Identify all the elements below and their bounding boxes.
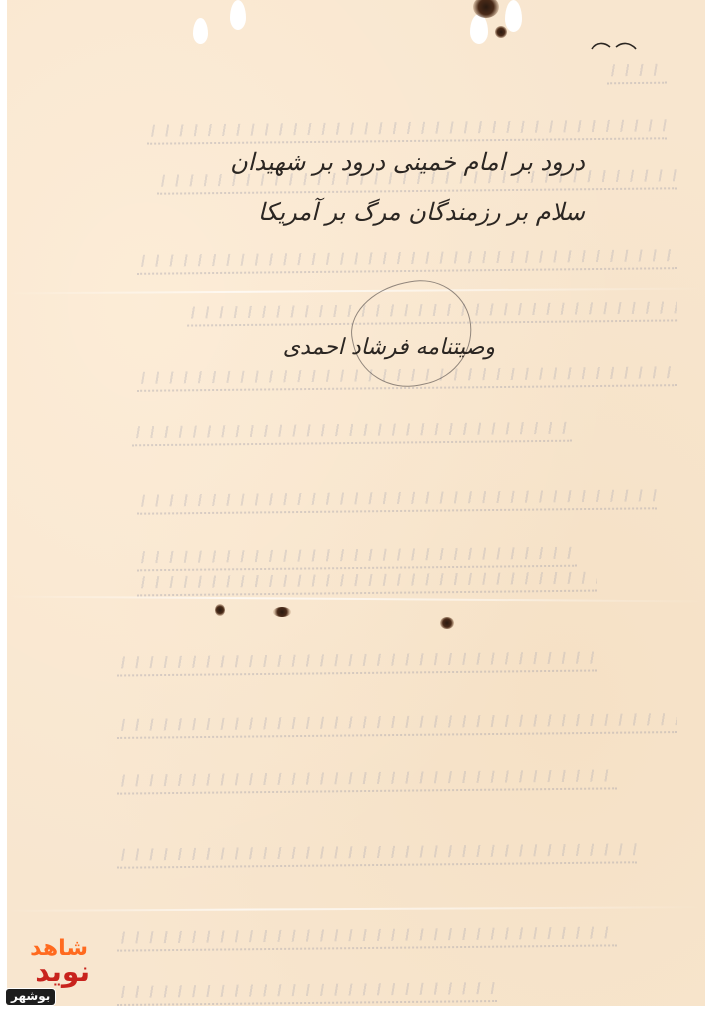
faint-text-line — [117, 978, 497, 1006]
punch-hole — [230, 0, 246, 30]
faint-text-line — [137, 245, 677, 275]
faint-text-line — [117, 922, 617, 951]
punch-hole — [193, 18, 208, 44]
handwritten-line-2: سلام بر رزمندگان مرگ بر آمریکا — [258, 198, 585, 226]
faint-text-line — [137, 485, 657, 514]
fold-crease — [7, 288, 705, 295]
faint-text-line — [117, 839, 637, 868]
faint-text-line — [137, 568, 597, 597]
faint-text-line — [137, 543, 577, 572]
fold-crease — [7, 596, 705, 603]
burn-stain — [215, 604, 225, 616]
handwritten-line-1: درود بر امام خمینی درود بر شهیدان — [230, 148, 585, 176]
faint-text-line — [132, 418, 572, 447]
logo-word-navid: نوید — [35, 958, 90, 986]
faint-text-line — [117, 765, 617, 794]
burn-stain — [495, 26, 507, 38]
faint-text-line — [117, 647, 597, 676]
burn-stain — [473, 0, 499, 18]
faint-text-line — [147, 115, 667, 144]
fold-crease — [7, 906, 705, 912]
burn-stain — [273, 607, 291, 617]
logo-word-bushehr: بوشهر — [6, 989, 55, 1005]
faint-text-line — [607, 60, 667, 85]
punch-hole — [470, 14, 488, 44]
navid-shahed-bushehr-logo: شاهد نوید بوشهر — [4, 936, 96, 1010]
punch-hole — [505, 0, 522, 32]
faint-text-line — [117, 709, 677, 739]
document-page: درود بر امام خمینی درود بر شهیدان سلام ب… — [7, 0, 705, 1006]
burn-stain — [440, 617, 454, 629]
handwritten-line-3: وصیتنامه فرشاد احمدی — [283, 335, 495, 360]
top-mark-icon — [590, 40, 638, 52]
